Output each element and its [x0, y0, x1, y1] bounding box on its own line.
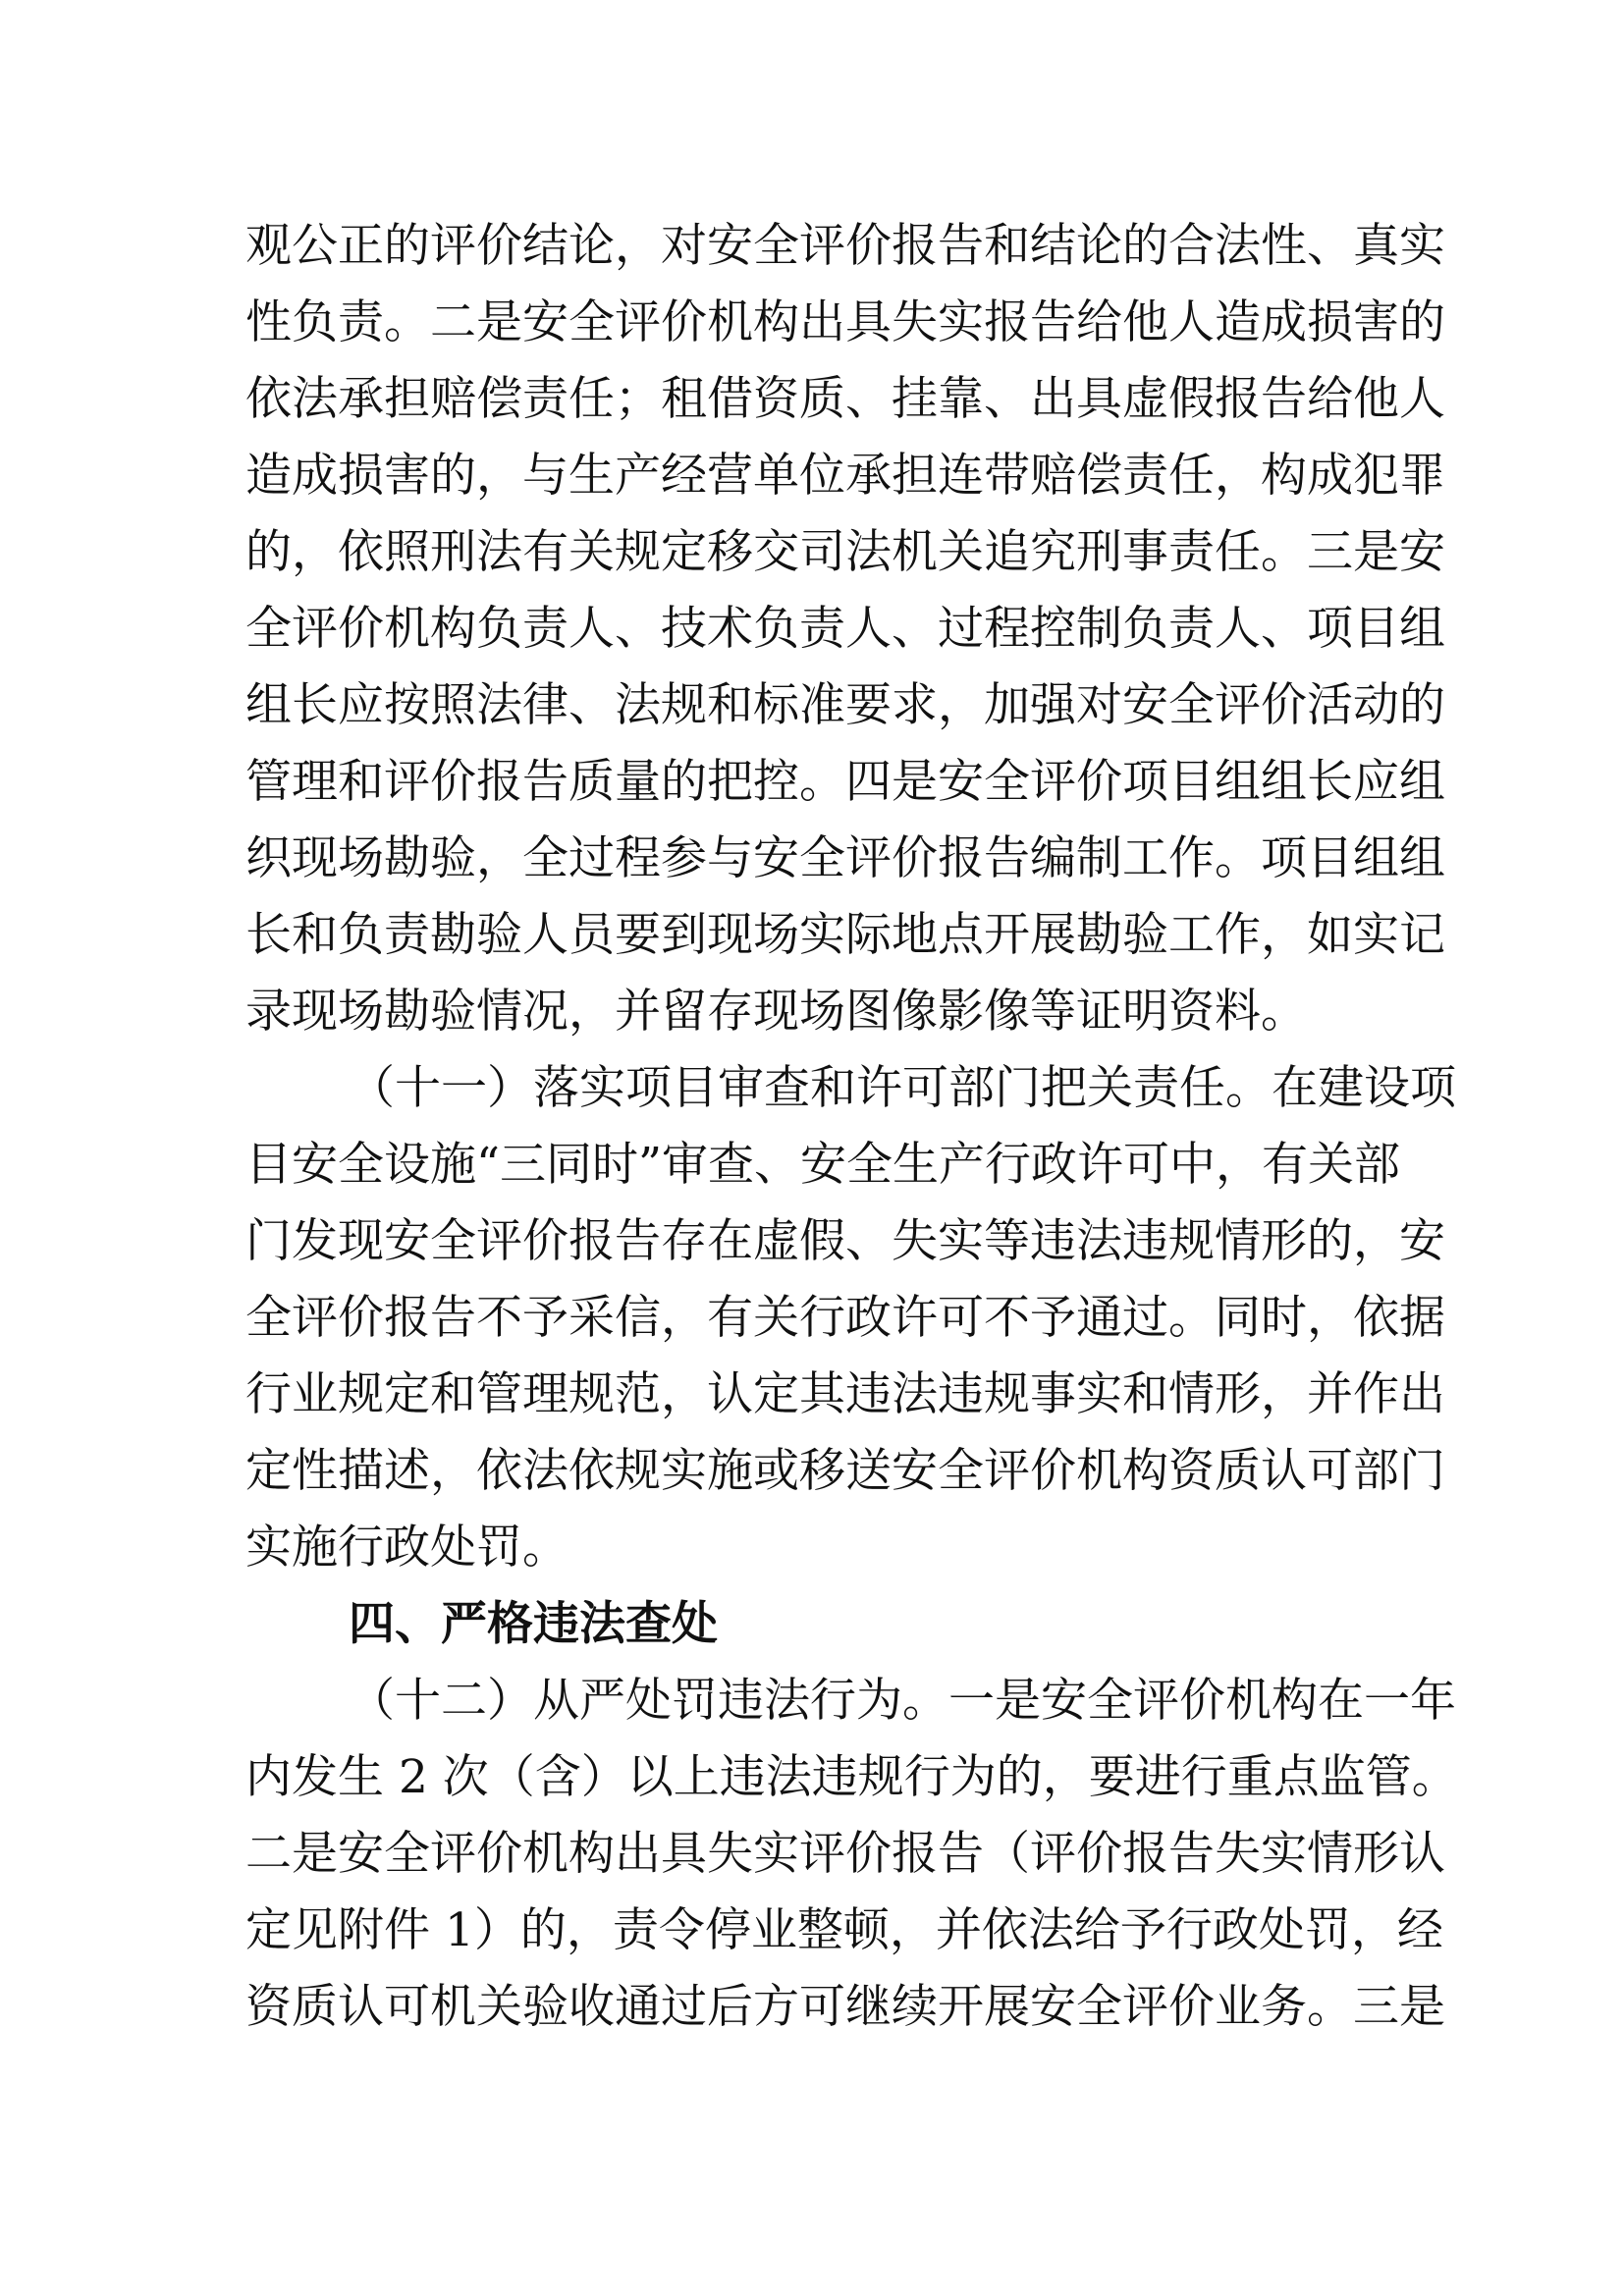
text-line: 性负责。二是安全评价机构出具失实报告给他人造成损害的: [245, 285, 1384, 361]
text-line: 目安全设施“三同时”审查、安全生产行政许可中，有关部: [245, 1127, 1384, 1203]
text-line: 全评价报告不予采信，有关行政许可不予通过。同时，依据: [245, 1280, 1384, 1357]
text-line: 全评价机构负责人、技术负责人、过程控制负责人、项目组: [245, 591, 1384, 667]
text-line: 组长应按照法律、法规和标准要求，加强对安全评价活动的: [245, 667, 1384, 744]
document-page: 观公正的评价结论，对安全评价报告和结论的合法性、真实 性负责。二是安全评价机构出…: [245, 208, 1384, 2046]
text-line: 内发生 2 次（含）以上违法违规行为的，要进行重点监管。: [245, 1739, 1384, 1816]
text-line: 二是安全评价机构出具失实评价报告（评价报告失实情形认: [245, 1816, 1384, 1893]
paragraph-eleven: （十一）落实项目审查和许可部门把关责任。在建设项 目安全设施“三同时”审查、安全…: [245, 1050, 1384, 1586]
text-line: 定见附件 1）的，责令停业整顿，并依法给予行政处罚，经: [245, 1893, 1384, 1969]
text-line: 实施行政处罚。: [245, 1510, 1384, 1586]
text-line: 织现场勘验，全过程参与安全评价报告编制工作。项目组组: [245, 821, 1384, 897]
text-line: 门发现安全评价报告存在虚假、失实等违法违规情形的，安: [245, 1203, 1384, 1280]
section-heading: 四、严格违法查处: [245, 1586, 1384, 1663]
paragraph-continuation: 观公正的评价结论，对安全评价报告和结论的合法性、真实 性负责。二是安全评价机构出…: [245, 208, 1384, 1050]
text-line: 造成损害的，与生产经营单位承担连带赔偿责任，构成犯罪: [245, 438, 1384, 514]
text-line: 行业规定和管理规范，认定其违法违规事实和情形，并作出: [245, 1357, 1384, 1433]
text-line: （十二）从严处罚违法行为。一是安全评价机构在一年: [245, 1663, 1384, 1739]
text-line: 管理和评价报告质量的把控。四是安全评价项目组组长应组: [245, 744, 1384, 821]
text-line: （十一）落实项目审查和许可部门把关责任。在建设项: [245, 1050, 1384, 1127]
text-line: 观公正的评价结论，对安全评价报告和结论的合法性、真实: [245, 208, 1384, 285]
text-line: 定性描述，依法依规实施或移送安全评价机构资质认可部门: [245, 1433, 1384, 1510]
text-line: 资质认可机关验收通过后方可继续开展安全评价业务。三是: [245, 1969, 1384, 2046]
paragraph-twelve: （十二）从严处罚违法行为。一是安全评价机构在一年 内发生 2 次（含）以上违法违…: [245, 1663, 1384, 2046]
text-line: 的，依照刑法有关规定移交司法机关追究刑事责任。三是安: [245, 514, 1384, 591]
text-line: 录现场勘验情况，并留存现场图像影像等证明资料。: [245, 974, 1384, 1050]
text-line: 长和负责勘验人员要到现场实际地点开展勘验工作，如实记: [245, 897, 1384, 974]
text-line: 依法承担赔偿责任；租借资质、挂靠、出具虚假报告给他人: [245, 361, 1384, 438]
